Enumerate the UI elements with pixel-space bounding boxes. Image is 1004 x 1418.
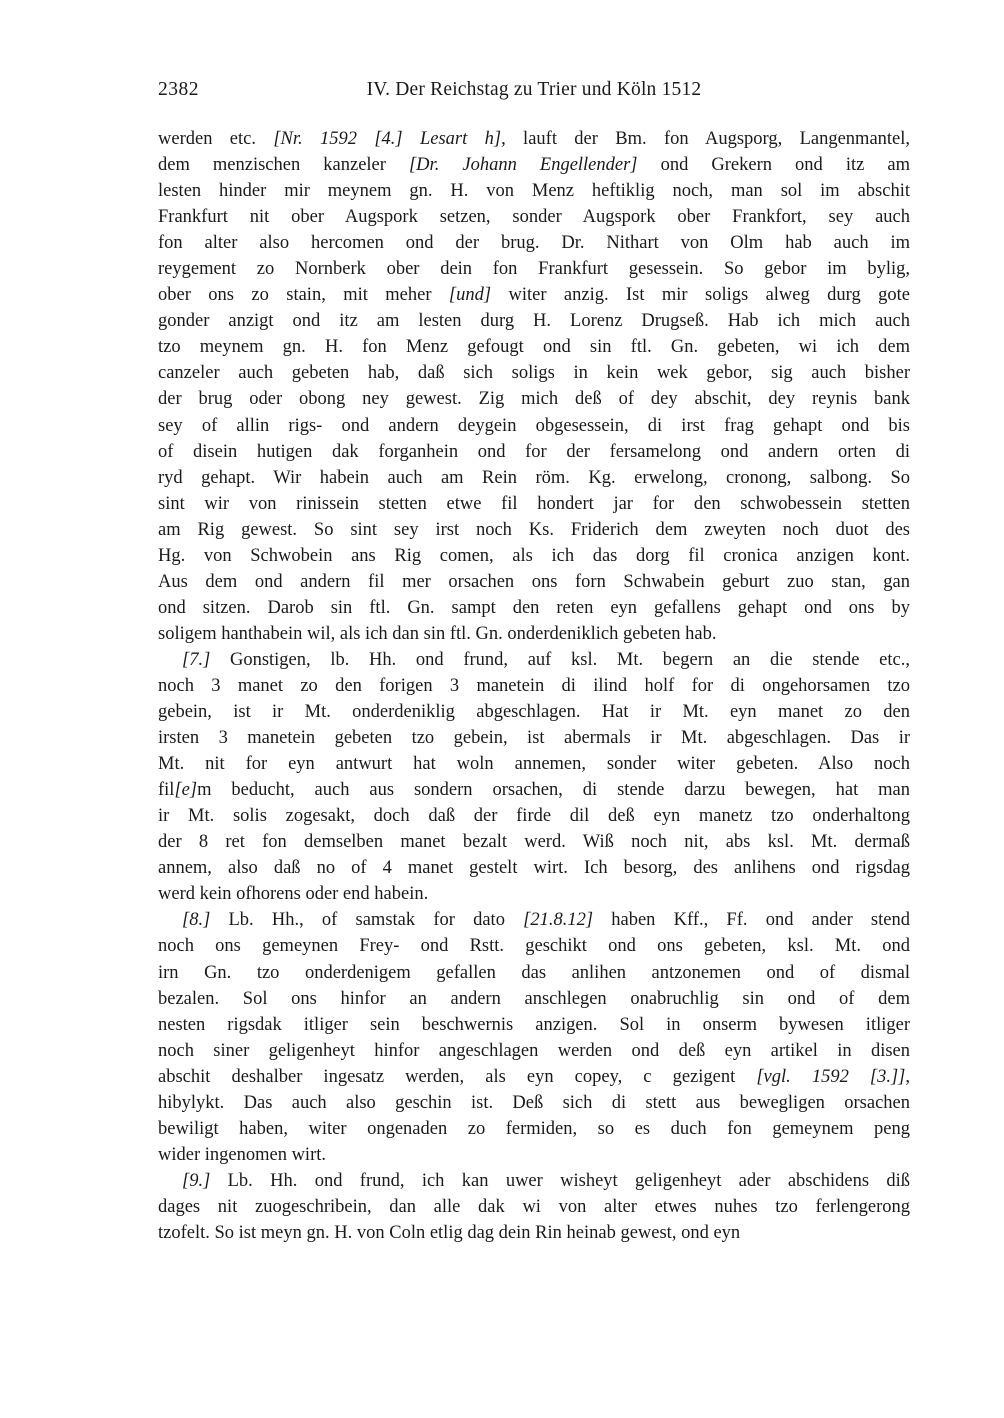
book-page: 2382 IV. Der Reichstag zu Trier und Köln…: [0, 0, 1004, 1418]
text-run: werd kein ofhorens oder end habein.: [158, 884, 428, 904]
text-run: witer anzig. Ist mir soligs alweg durg g…: [491, 285, 910, 305]
text-line: soligem hanthabein wil, als ich dan sin …: [158, 621, 910, 647]
text-line: canzeler auch gebeten hab, daß sich soli…: [158, 360, 910, 386]
text-line: gonder anzigt ond itz am lesten durg H. …: [158, 308, 910, 334]
text-run: m beducht, auch aus sondern orsachen, di…: [197, 780, 910, 800]
text-run: noch ons gemeynen Frey- ond Rstt. geschi…: [158, 936, 910, 956]
text-run: werden etc.: [158, 129, 273, 149]
text-line: werd kein ofhorens oder end habein.: [158, 881, 910, 907]
text-run: Lb. Hh., of samstak for dato: [210, 910, 523, 930]
text-run: irsten 3 manetein gebeten tzo gebein, is…: [158, 728, 910, 748]
text-line: noch 3 manet zo den forigen 3 manetein d…: [158, 673, 910, 699]
italic-text-run: [Nr. 1592 [4.] Lesart h]: [273, 129, 501, 149]
text-line: dages nit zuogeschribein, dan alle dak w…: [158, 1194, 910, 1220]
paragraph: werden etc. [Nr. 1592 [4.] Lesart h], la…: [158, 126, 910, 647]
text-run: soligem hanthabein wil, als ich dan sin …: [158, 624, 716, 644]
italic-text-run: [e]: [174, 780, 197, 800]
text-line: der 8 ret fon demselben manet bezalt wer…: [158, 829, 910, 855]
running-header: IV. Der Reichstag zu Trier und Köln 1512: [158, 76, 910, 103]
paragraph: [9.] Lb. Hh. ond frund, ich kan uwer wis…: [158, 1168, 910, 1246]
page-number: 2382: [158, 76, 199, 103]
text-line: Frankfurt nit ober Augspork setzen, sond…: [158, 204, 910, 230]
text-run: lesten hinder mir meynem gn. H. von Menz…: [158, 181, 910, 201]
italic-text-run: [Dr. Johann Engellender]: [409, 155, 638, 175]
text-line: nesten rigsdak itliger sein beschwernis …: [158, 1012, 910, 1038]
italic-text-run: [21.8.12]: [523, 910, 593, 930]
text-line: ryd gehapt. Wir habein auch am Rein röm.…: [158, 465, 910, 491]
text-run: ir Mt. solis zogesakt, doch daß der fird…: [158, 806, 910, 826]
text-run: Hg. von Schwobein ans Rig comen, als ich…: [158, 546, 910, 566]
text-line: der brug oder obong ney gewest. Zig mich…: [158, 386, 910, 412]
text-line: gebein, ist ir Mt. onderdeniklig abgesch…: [158, 699, 910, 725]
text-run: bezalen. Sol ons hinfor an andern anschl…: [158, 989, 910, 1009]
text-run: ryd gehapt. Wir habein auch am Rein röm.…: [158, 468, 910, 488]
text-run: sey of allin rigs- ond andern deygein ob…: [158, 416, 910, 436]
text-run: bewiligt haben, witer ongenaden zo fermi…: [158, 1119, 910, 1139]
text-line: Mt. nit for eyn antwurt hat woln annemen…: [158, 751, 910, 777]
text-run: ,: [905, 1067, 910, 1087]
text-run: am Rig gewest. So sint sey irst noch Ks.…: [158, 520, 910, 540]
text-run: ober ons zo stain, mit meher: [158, 285, 449, 305]
text-line: bewiligt haben, witer ongenaden zo fermi…: [158, 1116, 910, 1142]
text-run: der 8 ret fon demselben manet bezalt wer…: [158, 832, 910, 852]
text-line: of disein hutigen dak forganhein ond for…: [158, 439, 910, 465]
text-run: gonder anzigt ond itz am lesten durg H. …: [158, 311, 910, 331]
text-run: nesten rigsdak itliger sein beschwernis …: [158, 1015, 910, 1035]
text-line: ir Mt. solis zogesakt, doch daß der fird…: [158, 803, 910, 829]
text-run: tzo meynem gn. H. fon Menz gefougt ond s…: [158, 337, 910, 357]
italic-text-run: [8.]: [182, 910, 210, 930]
page-body: werden etc. [Nr. 1592 [4.] Lesart h], la…: [158, 126, 910, 1246]
text-line: ober ons zo stain, mit meher [und] witer…: [158, 282, 910, 308]
text-run: wider ingenomen wirt.: [158, 1145, 326, 1165]
text-run: ond sitzen. Darob sin ftl. Gn. sampt den…: [158, 598, 910, 618]
text-run: Aus dem ond andern fil mer orsachen ons …: [158, 572, 910, 592]
text-run: dages nit zuogeschribein, dan alle dak w…: [158, 1197, 910, 1217]
text-line: werden etc. [Nr. 1592 [4.] Lesart h], la…: [158, 126, 910, 152]
italic-text-run: [7.]: [182, 650, 210, 670]
text-run: hibylykt. Das auch also geschin ist. Deß…: [158, 1093, 910, 1113]
text-line: [7.] Gonstigen, lb. Hh. ond frund, auf k…: [158, 647, 910, 673]
text-run: abschit deshalber ingesatz werden, als e…: [158, 1067, 756, 1087]
text-run: dem menzischen kanzeler: [158, 155, 409, 175]
text-line: wider ingenomen wirt.: [158, 1142, 910, 1168]
text-line: fon alter also hercomen ond der brug. Dr…: [158, 230, 910, 256]
text-line: hibylykt. Das auch also geschin ist. Deß…: [158, 1090, 910, 1116]
text-run: annem, also daß no of 4 manet gestelt wi…: [158, 858, 910, 878]
text-line: annem, also daß no of 4 manet gestelt wi…: [158, 855, 910, 881]
page-header: 2382 IV. Der Reichstag zu Trier und Köln…: [158, 76, 910, 103]
text-run: tzofelt. So ist meyn gn. H. von Coln etl…: [158, 1223, 740, 1243]
text-run: , lauft der Bm. fon Augsporg, Langenmant…: [501, 129, 910, 149]
text-line: abschit deshalber ingesatz werden, als e…: [158, 1064, 910, 1090]
paragraph: [7.] Gonstigen, lb. Hh. ond frund, auf k…: [158, 647, 910, 907]
text-run: Mt. nit for eyn antwurt hat woln annemen…: [158, 754, 910, 774]
italic-text-run: [vgl. 1592 [3.]]: [756, 1067, 905, 1087]
text-line: bezalen. Sol ons hinfor an andern anschl…: [158, 986, 910, 1012]
text-run: Lb. Hh. ond frund, ich kan uwer wisheyt …: [210, 1171, 910, 1191]
text-line: dem menzischen kanzeler [Dr. Johann Enge…: [158, 152, 910, 178]
text-line: lesten hinder mir meynem gn. H. von Menz…: [158, 178, 910, 204]
text-line: tzo meynem gn. H. fon Menz gefougt ond s…: [158, 334, 910, 360]
text-run: of disein hutigen dak forganhein ond for…: [158, 442, 910, 462]
text-line: irsten 3 manetein gebeten tzo gebein, is…: [158, 725, 910, 751]
text-line: Hg. von Schwobein ans Rig comen, als ich…: [158, 543, 910, 569]
text-line: [9.] Lb. Hh. ond frund, ich kan uwer wis…: [158, 1168, 910, 1194]
text-line: reygement zo Nornberk ober dein fon Fran…: [158, 256, 910, 282]
text-line: noch ons gemeynen Frey- ond Rstt. geschi…: [158, 933, 910, 959]
text-line: am Rig gewest. So sint sey irst noch Ks.…: [158, 517, 910, 543]
text-run: canzeler auch gebeten hab, daß sich soli…: [158, 363, 910, 383]
text-line: Aus dem ond andern fil mer orsachen ons …: [158, 569, 910, 595]
text-line: irn Gn. tzo onderdenigem gefallen das an…: [158, 960, 910, 986]
text-run: sint wir von rinissein stetten etwe fil …: [158, 494, 910, 514]
text-line: ond sitzen. Darob sin ftl. Gn. sampt den…: [158, 595, 910, 621]
text-line: fil[e]m beducht, auch aus sondern orsach…: [158, 777, 910, 803]
text-run: fil: [158, 780, 174, 800]
text-line: sint wir von rinissein stetten etwe fil …: [158, 491, 910, 517]
text-run: Frankfurt nit ober Augspork setzen, sond…: [158, 207, 910, 227]
italic-text-run: [und]: [449, 285, 491, 305]
text-run: haben Kff., Ff. ond ander stend: [593, 910, 910, 930]
text-run: noch 3 manet zo den forigen 3 manetein d…: [158, 676, 910, 696]
text-run: der brug oder obong ney gewest. Zig mich…: [158, 389, 910, 409]
text-line: sey of allin rigs- ond andern deygein ob…: [158, 413, 910, 439]
text-run: gebein, ist ir Mt. onderdeniklig abgesch…: [158, 702, 910, 722]
text-run: reygement zo Nornberk ober dein fon Fran…: [158, 259, 910, 279]
italic-text-run: [9.]: [182, 1171, 210, 1191]
text-run: Gonstigen, lb. Hh. ond frund, auf ksl. M…: [210, 650, 910, 670]
text-run: noch siner geligenheyt hinfor angeschlag…: [158, 1041, 910, 1061]
text-line: noch siner geligenheyt hinfor angeschlag…: [158, 1038, 910, 1064]
text-run: fon alter also hercomen ond der brug. Dr…: [158, 233, 910, 253]
text-line: [8.] Lb. Hh., of samstak for dato [21.8.…: [158, 907, 910, 933]
text-line: tzofelt. So ist meyn gn. H. von Coln etl…: [158, 1220, 910, 1246]
text-run: ond Grekern ond itz am: [638, 155, 910, 175]
text-run: irn Gn. tzo onderdenigem gefallen das an…: [158, 963, 910, 983]
paragraph: [8.] Lb. Hh., of samstak for dato [21.8.…: [158, 907, 910, 1167]
